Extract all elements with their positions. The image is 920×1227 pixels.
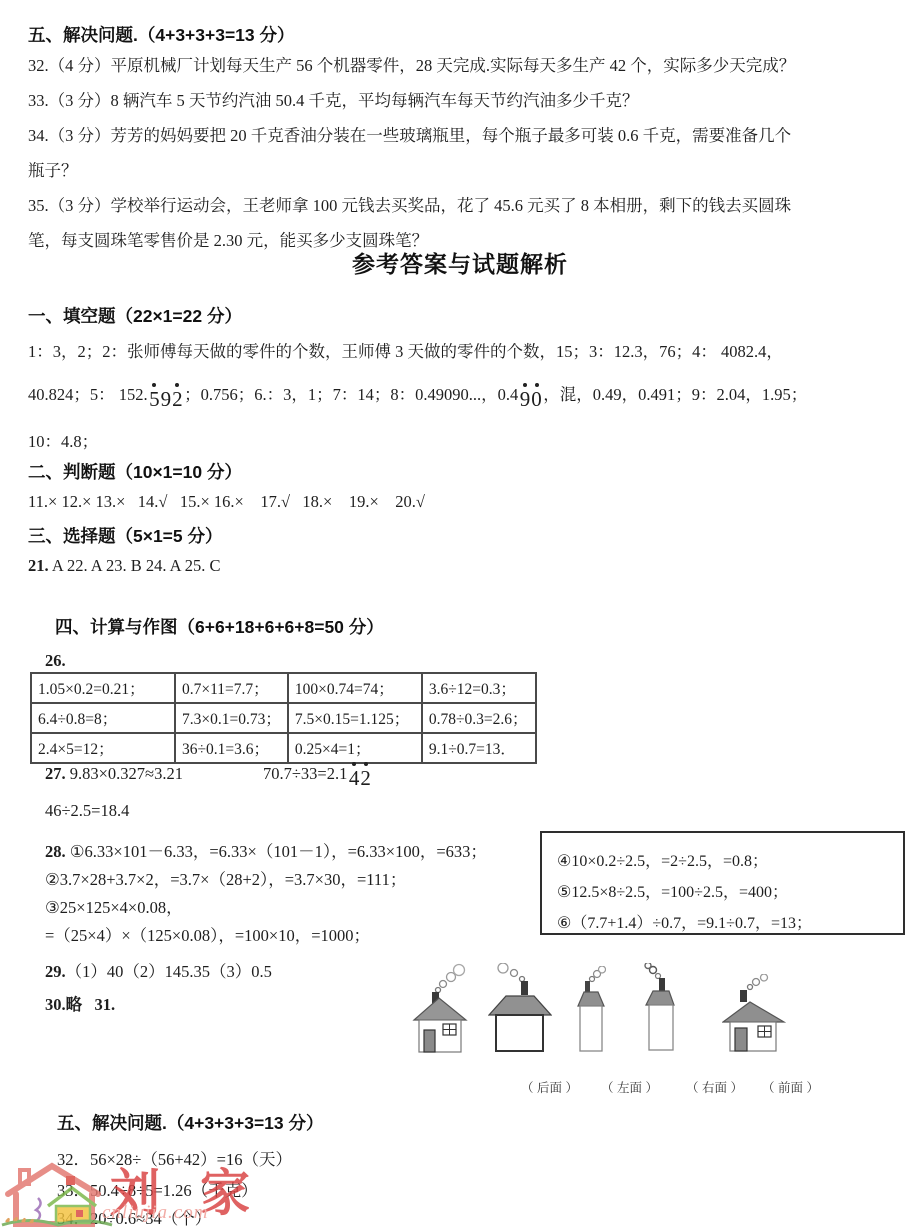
q28-box-line: ④10×0.2÷2.5，=2÷2.5，=0.8； <box>557 846 893 877</box>
table-cell: 1.05×0.2=0.21； <box>31 673 175 703</box>
table-cell: 100×0.74=74； <box>288 673 422 703</box>
answer-sheet-page: 五、解决问题.（4+3+3+3=13 分） 32.（4 分）平原机械厂计划每天生… <box>0 0 920 1227</box>
fill-answers-line3: 10：4.8； <box>28 428 98 452</box>
table-cell: 0.7×11=7.7； <box>175 673 288 703</box>
q30-31-line: 30.略 31. <box>45 991 115 1015</box>
judge-answers: 11.× 12.× 13.× 14.√ 15.× 16.× 17.√ 18.× … <box>28 492 425 512</box>
watermark-grass-accents <box>6 1218 33 1223</box>
problem-list: 32.（4 分）平原机械厂计划每天生产 56 个机器零件，28 天完成.实际每天… <box>28 48 906 258</box>
q27-line: 27. 9.83×0.327≈3.2170.7÷33=2.142 <box>45 764 372 789</box>
table-cell: 3.6÷12=0.3； <box>422 673 536 703</box>
table-cell: 7.3×0.1=0.73； <box>175 703 288 733</box>
fill-answers-line2: 40.824；5： 152.592；0.756；6.：3，1；7：14；8：0.… <box>28 381 908 410</box>
page-title: 参考答案与试题解析 <box>0 246 920 279</box>
q28-box-line: ⑤12.5×8÷2.5，=100÷2.5，=400； <box>557 877 893 908</box>
choice-answers: 21. A 22. A 23. B 24. A 25. C <box>28 556 221 576</box>
answer-34: 34．20÷0.6≈34（个） <box>57 1205 211 1227</box>
view-label-right: （ 右面 ） <box>686 1078 743 1096</box>
house-perspective-view <box>412 962 468 1054</box>
section-3-heading: 三、选择题（5×1=5 分） <box>28 523 223 548</box>
table-cell: 0.78÷0.3=2.6； <box>422 703 536 733</box>
section-4-heading: 四、计算与作图（6+6+18+6+6+8=50 分） <box>55 614 384 639</box>
view-label-back: （ 后面 ） <box>521 1078 578 1096</box>
table-cell: 7.5×0.15=1.125； <box>288 703 422 733</box>
q29-line: 29.（1）40（2）145.35（3）0.5 <box>45 958 272 982</box>
q28-line4: =（25×4）×（125×0.08），=100×10，=1000； <box>45 922 370 950</box>
watermark-squiggle <box>36 1198 41 1222</box>
problem-32: 32.（4 分）平原机械厂计划每天生产 56 个机器零件，28 天完成.实际每天… <box>28 48 906 83</box>
problem-34: 34.（3 分）芳芳的妈妈要把 20 千克香油分装在一些玻璃瓶里，每个瓶子最多可… <box>28 118 906 188</box>
q27-line2: 46÷2.5=18.4 <box>45 801 129 821</box>
fill-answers-line1: 1：3，2；2：张师傅每天做的零件的个数，王师傅 3 天做的零件的个数，15；3… <box>28 338 908 362</box>
house-back-view <box>488 963 552 1053</box>
house-right-view <box>642 963 678 1053</box>
section-5-heading-top: 五、解决问题.（4+3+3+3=13 分） <box>28 22 295 47</box>
table-row: 1.05×0.2=0.21； 0.7×11=7.7； 100×0.74=74； … <box>31 673 536 703</box>
table-cell: 2.4×5=12； <box>31 733 175 763</box>
table-cell: 0.25×4=1； <box>288 733 422 763</box>
q28-line2: ②3.7×28+3.7×2，=3.7×（28+2），=3.7×30，=111； <box>45 866 406 894</box>
table-cell: 6.4÷0.8=8； <box>31 703 175 733</box>
section-2-heading: 二、判断题（10×1=10 分） <box>28 459 242 484</box>
answer-32: 32．56×28÷（56+42）=16（天） <box>57 1146 292 1170</box>
house-front-view <box>722 974 786 1052</box>
watermark-big-house-chimney <box>20 1170 29 1184</box>
q28-line3: ③25×125×4×0.08， <box>45 894 183 922</box>
view-label-front: （ 前面 ） <box>762 1078 819 1096</box>
house-left-view <box>576 966 606 1053</box>
q26-label: 26. <box>45 651 66 671</box>
table-cell: 9.1÷0.7=13． <box>422 733 536 763</box>
section-1-heading: 一、填空题（22×1=22 分） <box>28 303 242 328</box>
view-label-left: （ 左面 ） <box>601 1078 658 1096</box>
table-row: 2.4×5=12； 36÷0.1=3.6； 0.25×4=1； 9.1÷0.7=… <box>31 733 536 763</box>
table-row: 6.4÷0.8=8； 7.3×0.1=0.73； 7.5×0.15=1.125；… <box>31 703 536 733</box>
q28-line1: 28. ①6.33×101－6.33，=6.33×（101－1），=6.33×1… <box>45 838 487 866</box>
q28-answer-box: ④10×0.2÷2.5，=2÷2.5，=0.8； ⑤12.5×8÷2.5，=10… <box>540 831 905 935</box>
q26-oral-calc-table: 1.05×0.2=0.21； 0.7×11=7.7； 100×0.74=74； … <box>30 672 537 764</box>
answer-33: 33．50.4÷8÷5=1.26（千克） <box>57 1177 258 1201</box>
q28-box-line: ⑥（7.7+1.4）÷0.7，=9.1÷0.7，=13； <box>557 908 893 939</box>
table-cell: 36÷0.1=3.6； <box>175 733 288 763</box>
section-5-heading-bottom: 五、解决问题.（4+3+3+3=13 分） <box>57 1110 324 1135</box>
problem-33: 33.（3 分）8 辆汽车 5 天节约汽油 50.4 千克，平均每辆汽车每天节约… <box>28 83 906 118</box>
